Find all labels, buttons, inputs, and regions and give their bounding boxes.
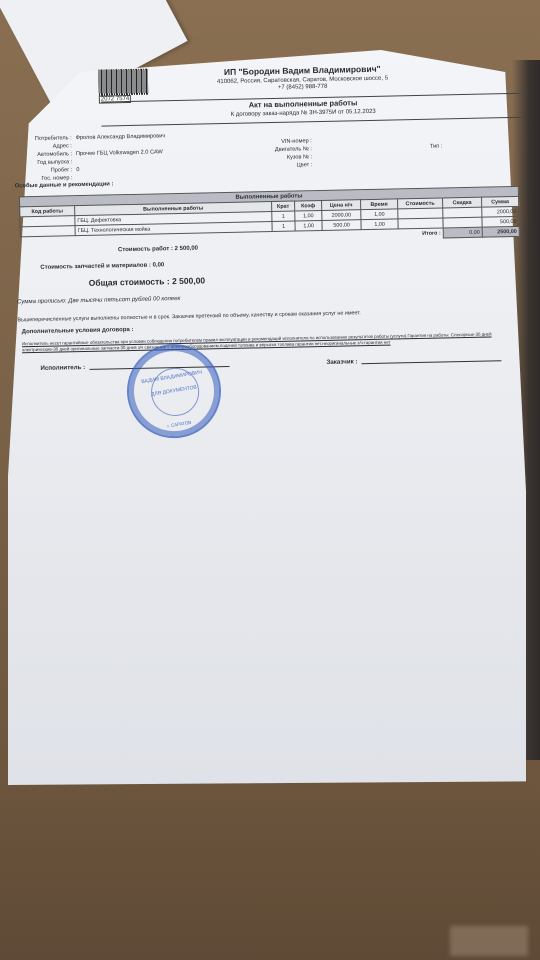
customer-label: Заказчик : xyxy=(326,358,357,366)
type-label: Тип : xyxy=(430,142,443,150)
barcode-icon xyxy=(98,69,149,96)
cell-mult: 1 xyxy=(272,211,295,221)
cell-coef: 1,00 xyxy=(295,210,322,221)
cell-coef: 1,00 xyxy=(295,220,322,231)
customer-info: Потребитель :Фролов Александр Владимиров… xyxy=(14,132,167,183)
vehicle-info: VIN-номер : Двигатель № : Кузов № : Цвет… xyxy=(244,137,317,171)
col-header: Крат xyxy=(272,201,295,211)
total-discount: 0,00 xyxy=(443,227,482,238)
blurred-watermark xyxy=(450,926,528,956)
info-value: 0 xyxy=(76,166,79,174)
cell-mult: 1 xyxy=(272,221,295,231)
col-header: Коэф xyxy=(295,200,322,211)
info-label: Цвет : xyxy=(244,161,316,171)
total-sum: 2500,00 xyxy=(482,226,519,237)
works-table: Выполненные работы Код работы Выполненны… xyxy=(19,186,520,247)
executor-label: Исполнитель : xyxy=(40,364,85,372)
